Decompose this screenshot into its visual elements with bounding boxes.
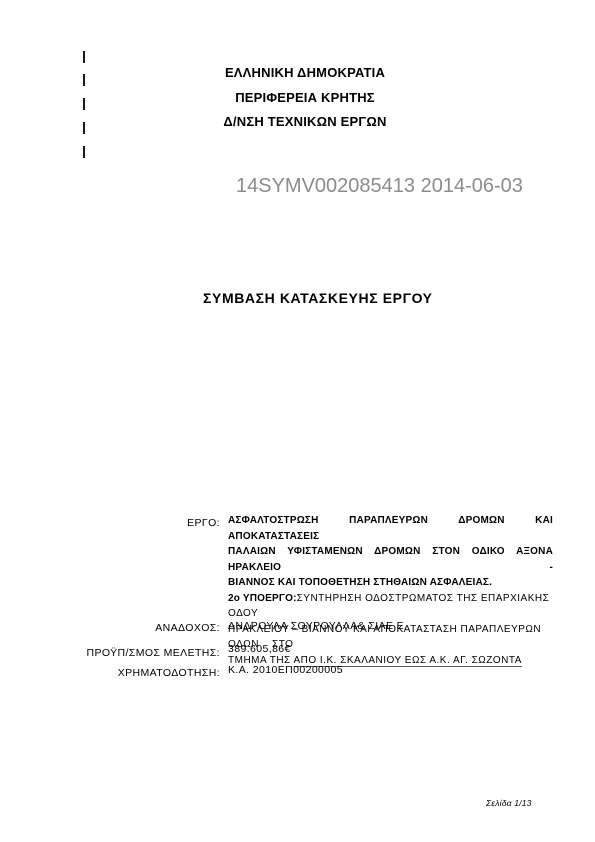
project-line-1: ΑΣΦΑΛΤΟΣΤΡΩΣΗ ΠΑΡΑΠΛΕΥΡΩΝ ΔΡΟΜΩΝ ΚΑΙ ΑΠΟ… [228, 513, 553, 544]
letterhead-line-republic: ΕΛΛΗΝΙΚΗ ΔΗΜΟΚΡΑΤΙΑ [85, 61, 525, 86]
letterhead-line-region: ΠΕΡΙΦΕΡΕΙΑ ΚΡΗΤΗΣ [85, 86, 525, 111]
letterhead-line-directorate: Δ/ΝΣΗ ΤΕΧΝΙΚΩΝ ΕΡΓΩΝ [85, 110, 525, 135]
project-line-2: ΠΑΛΑΙΩΝ ΥΦΙΣΤΑΜΕΝΩΝ ΔΡΟΜΩΝ ΣΤΟΝ ΟΔΙΚΟ ΑΞ… [228, 544, 553, 575]
funding-value: Κ.Α. 2010ΕΠ00200005 [228, 664, 343, 676]
project-label: ΕΡΓΟ: [82, 517, 220, 529]
budget-label: ΠΡΟΫΠ/ΣΜΟΣ ΜΕΛΕΤΗΣ: [82, 647, 220, 659]
contractor-value: ΑΝΔΡΟΥΛΑ ΣΟΥΡΟΥΛΛΑ& ΣΙΑΕ.Ε. [228, 620, 407, 632]
page-title: ΣΥΜΒΑΣΗ ΚΑΤΑΣΚΕΥΗΣ ΕΡΓΟΥ [203, 290, 433, 306]
registry-code: 14SYMV002085413 2014-06-03 [236, 175, 523, 198]
contractor-label: ΑΝΑΔΟΧΟΣ: [82, 622, 220, 634]
budget-value: 389.605,86€ [228, 643, 291, 655]
project-line-3: ΒΙΑΝΝΟΣ ΚΑΙ ΤΟΠΟΘΕΤΗΣΗ ΣΤΗΘΑΙΩΝ ΑΣΦΑΛΕΙΑ… [228, 575, 553, 591]
letterhead: ΕΛΛΗΝΙΚΗ ΔΗΜΟΚΡΑΤΙΑ ΠΕΡΙΦΕΡΕΙΑ ΚΡΗΤΗΣ Δ/… [85, 61, 525, 135]
subproject-prefix: 2ο ΥΠΟΕΡΓΟ: [228, 593, 297, 604]
funding-label: ΧΡΗΜΑΤΟΔΟΤΗΣΗ: [82, 667, 220, 679]
footer-page-number: Σελίδα 1/13 [486, 798, 532, 808]
project-line-4: 2ο ΥΠΟΕΡΓΟ:ΣΥΝΤΗΡΗΣΗ ΟΔΟΣΤΡΩΜΑΤΟΣ ΤΗΣ ΕΠ… [228, 591, 553, 622]
margin-tick [83, 146, 85, 158]
document-page: ΕΛΛΗΝΙΚΗ ΔΗΜΟΚΡΑΤΙΑ ΠΕΡΙΦΕΡΕΙΑ ΚΡΗΤΗΣ Δ/… [0, 0, 595, 842]
